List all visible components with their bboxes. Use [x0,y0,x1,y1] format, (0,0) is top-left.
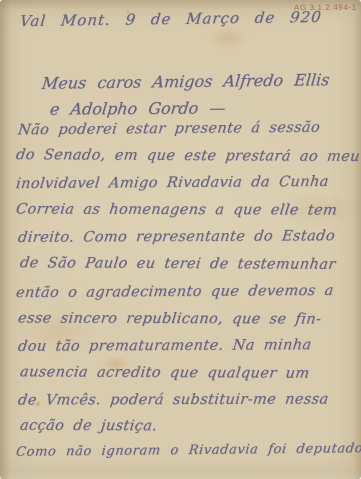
handwritten-line-text: de Vmcês. poderá substituir-me nessa [17,391,329,408]
handwritten-line-text: Como não ignoram o Rivadavia foi deputad… [15,441,361,460]
handwritten-line: ausencia acredito que qualquer um [20,364,310,382]
handwritten-line: de Vmcês. poderá substituir-me nessa [18,391,329,408]
handwritten-line: Não poderei estar presente á sessão [18,120,320,139]
handwritten-line-text: de São Paulo eu terei de testemunhar [19,255,337,273]
handwritten-line-text: Correia as homenagens a que elle tem [15,201,338,218]
handwritten-line: acção de justiça. [20,418,157,434]
salutation-line-2-text: e Adolpho Gordo — [49,98,227,118]
handwritten-line: Correia as homenagens a que elle tem [16,201,337,218]
handwritten-line-text: inolvidavel Amigo Rivadavia da Cunha [15,174,330,192]
date-line-text: Val Mont. 9 de Março de 920 [19,8,323,30]
handwritten-line-text: acção de justiça. [19,418,158,434]
handwritten-line: de São Paulo eu terei de testemunhar [20,255,336,273]
handwritten-line: do Senado, em que este prestará ao meu [16,147,360,165]
handwritten-line: esse sincero republicano, que se fin- [18,310,321,327]
handwritten-line-text: ausencia acredito que qualquer um [19,364,311,382]
salutation-line-1: Meus caros Amigos Alfredo Ellis [42,70,330,93]
salutation-line-2: e Adolpho Gordo — [50,98,226,118]
letter-page: AG 3.1.2.494-1 Val Mont. 9 de Março de 9… [0,0,361,479]
handwritten-line-text: esse sincero republicano, que se fin- [17,310,322,327]
handwritten-line: então o agradecimento que devemos a [16,283,334,301]
handwritten-line: dou tão prematuramente. Na minha [18,337,312,355]
handwritten-line-text: dou tão prematuramente. Na minha [17,337,312,355]
date-line: Val Mont. 9 de Março de 920 [20,8,322,30]
handwritten-line: Como não ignoram o Rivadavia foi deputad… [16,441,361,460]
handwritten-line: direito. Como representante do Estado [18,228,335,246]
handwritten-line: inolvidavel Amigo Rivadavia da Cunha [16,174,329,192]
handwritten-line-text: então o agradecimento que devemos a [15,283,335,301]
handwritten-line-text: direito. Como representante do Estado [17,228,336,246]
handwritten-line-text: do Senado, em que este prestará ao meu [15,147,361,165]
salutation-line-1-text: Meus caros Amigos Alfredo Ellis [41,70,331,93]
handwritten-line-text: Não poderei estar presente á sessão [17,120,321,139]
